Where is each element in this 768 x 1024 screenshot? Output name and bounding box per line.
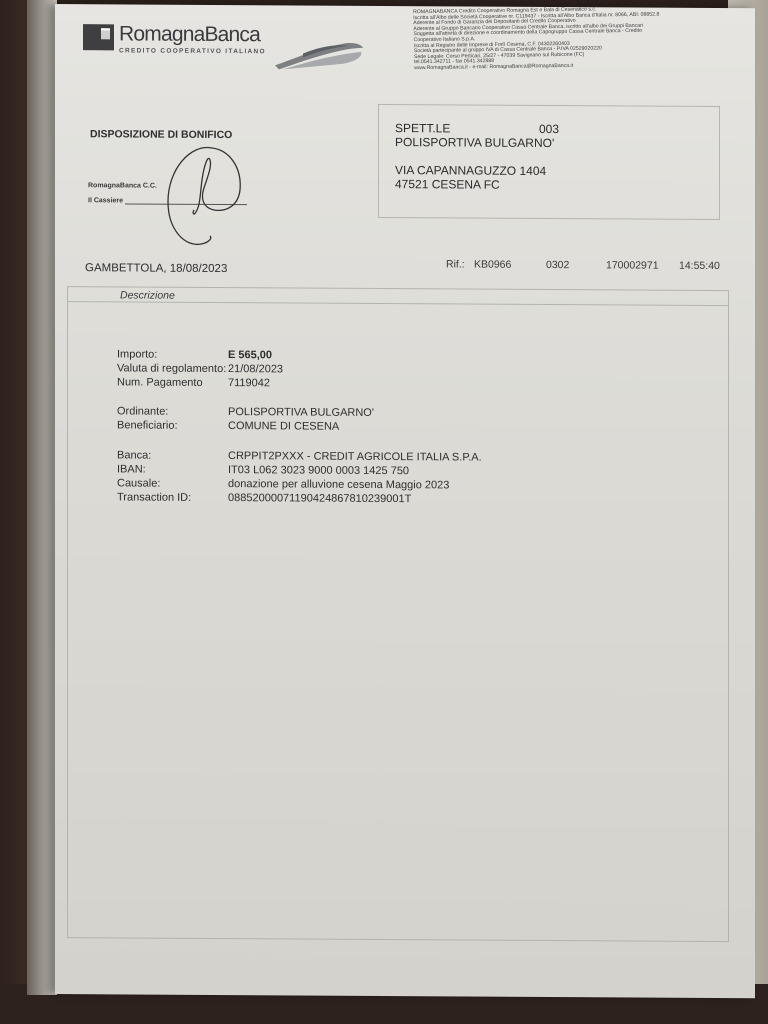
detail-value: donazione per alluvione cesena Maggio 20… [228, 478, 449, 491]
detail-value: POLISPORTIVA BULGARNO' [228, 406, 374, 419]
detail-label: Valuta di regolamento: [117, 362, 226, 375]
bank-tagline: CREDITO COOPERATIVO ITALIANO [119, 47, 266, 55]
reference-time: 14:55:40 [679, 260, 720, 272]
description-title: Descrizione [120, 289, 175, 301]
detail-label: Ordinante: [117, 405, 168, 417]
detail-label: Importo: [117, 348, 157, 360]
detail-value: 08852000071190424867810239001T [228, 492, 411, 505]
reference-branch: 0302 [546, 259, 569, 271]
detail-value: CRPPIT2PXXX - CREDIT AGRICOLE ITALIA S.P… [228, 450, 482, 464]
bank-name: RomagnaBanca [119, 24, 266, 45]
transfer-receipt-page: RomagnaBanca CREDITO COOPERATIVO ITALIAN… [55, 4, 755, 998]
detail-label: Transaction ID: [117, 491, 191, 503]
reference-code: KB0966 [474, 259, 511, 271]
detail-label: Num. Pagamento [117, 376, 203, 389]
cashier-label: Il Cassiere [88, 197, 123, 204]
description-box: Descrizione Importo: E 565,00 Valuta di … [67, 286, 729, 942]
bank-logo: RomagnaBanca CREDITO COOPERATIVO ITALIAN… [83, 24, 266, 55]
recipient-street: VIA CAPANNAGUZZO 1404 [395, 163, 546, 178]
bank-logo-mark-icon [83, 24, 114, 50]
detail-label: Banca: [117, 449, 151, 461]
detail-label: Causale: [117, 477, 160, 489]
detail-value: 7119042 [228, 377, 270, 389]
paper-stack-edge [27, 0, 57, 995]
recipient-city: 47521 CESENA FC [395, 177, 500, 192]
detail-value: 21/08/2023 [228, 363, 283, 375]
cashier-signature [160, 140, 245, 251]
amount-value: E 565,00 [228, 349, 272, 361]
recipient-address-box: SPETT.LE 003 POLISPORTIVA BULGARNO' VIA … [378, 104, 720, 220]
recipient-name: POLISPORTIVA BULGARNO' [395, 135, 554, 150]
recipient-code: 003 [539, 122, 559, 136]
detail-value: COMUNE DI CESENA [228, 420, 339, 433]
recipient-salutation: SPETT.LE [395, 121, 450, 135]
bank-legal-info: ROMAGNABANCA Credito Cooperativo Romagna… [413, 6, 714, 72]
detail-value: IT03 L062 3023 9000 0003 1425 750 [228, 464, 409, 477]
place-date: GAMBETTOLA, 18/08/2023 [85, 262, 227, 275]
detail-label: Beneficiario: [117, 419, 178, 431]
reference-label: Rif.: [446, 258, 465, 270]
bank-swoosh-icon [273, 39, 365, 72]
description-header: Descrizione [68, 287, 728, 306]
cashier-bank: RomagnaBanca C.C. [88, 182, 157, 189]
detail-label: IBAN: [117, 463, 146, 475]
reference-number: 170002971 [606, 259, 659, 271]
